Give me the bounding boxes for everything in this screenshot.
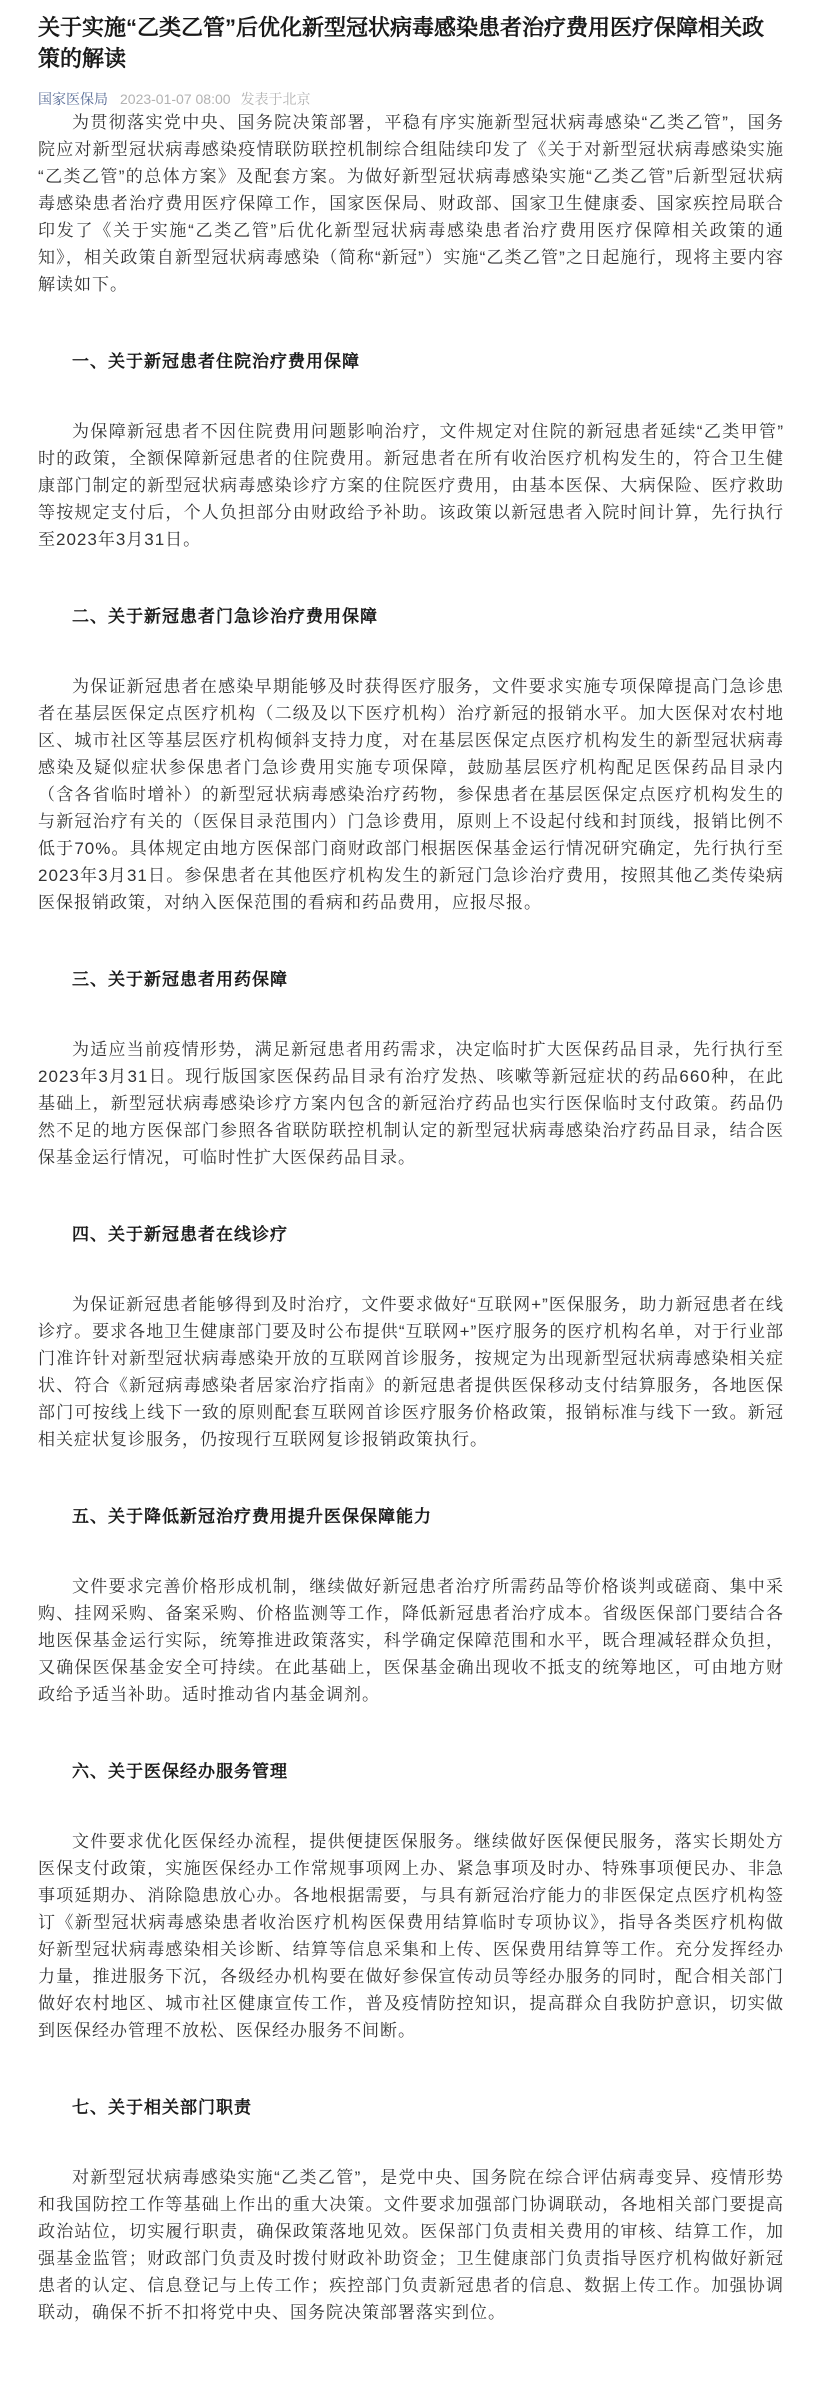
intro-paragraph: 为贯彻落实党中央、国务院决策部署，平稳有序实施新型冠状病毒感染“乙类乙管”，国务…	[38, 109, 784, 298]
article-section: 五、关于降低新冠治疗费用提升医保保障能力 文件要求完善价格形成机制，继续做好新冠…	[38, 1503, 784, 1708]
section-heading: 四、关于新冠患者在线诊疗	[38, 1221, 784, 1248]
article-section: 六、关于医保经办服务管理 文件要求优化医保经办流程，提供便捷医保服务。继续做好医…	[38, 1758, 784, 2044]
byline: 国家医保局2023-01-07 08:00发表于北京	[38, 89, 784, 109]
account-link[interactable]: 国家医保局	[38, 91, 108, 107]
article-section: 三、关于新冠患者用药保障 为适应当前疫情形势，满足新冠患者用药需求，决定临时扩大…	[38, 966, 784, 1171]
section-body: 文件要求完善价格形成机制，继续做好新冠患者治疗所需药品等价格谈判或磋商、集中采购…	[38, 1573, 784, 1708]
article-section: 四、关于新冠患者在线诊疗 为保证新冠患者能够得到及时治疗，文件要求做好“互联网+…	[38, 1221, 784, 1453]
section-heading: 七、关于相关部门职责	[38, 2094, 784, 2121]
article-section: 二、关于新冠患者门急诊治疗费用保障 为保证新冠患者在感染早期能够及时获得医疗服务…	[38, 603, 784, 916]
article-section: 一、关于新冠患者住院治疗费用保障 为保障新冠患者不因住院费用问题影响治疗，文件规…	[38, 348, 784, 553]
article: 关于实施“乙类乙管”后优化新型冠状病毒感染患者治疗费用医疗保障相关政策的解读 国…	[0, 0, 822, 2382]
article-section: 七、关于相关部门职责 对新型冠状病毒感染实施“乙类乙管”，是党中央、国务院在综合…	[38, 2094, 784, 2326]
publish-time: 2023-01-07 08:00	[120, 91, 231, 107]
section-heading: 二、关于新冠患者门急诊治疗费用保障	[38, 603, 784, 630]
section-heading: 一、关于新冠患者住院治疗费用保障	[38, 348, 784, 375]
page: { "article": { "title": "关于实施“乙类乙管”后优化新型…	[0, 0, 822, 2382]
section-heading: 五、关于降低新冠治疗费用提升医保保障能力	[38, 1503, 784, 1530]
section-body: 对新型冠状病毒感染实施“乙类乙管”，是党中央、国务院在综合评估病毒变异、疫情形势…	[38, 2164, 784, 2326]
section-heading: 三、关于新冠患者用药保障	[38, 966, 784, 993]
section-heading: 六、关于医保经办服务管理	[38, 1758, 784, 1785]
page-title: 关于实施“乙类乙管”后优化新型冠状病毒感染患者治疗费用医疗保障相关政策的解读	[38, 12, 784, 74]
section-body: 文件要求优化医保经办流程，提供便捷医保服务。继续做好医保便民服务，落实长期处方医…	[38, 1828, 784, 2044]
section-body: 为保障新冠患者不因住院费用问题影响治疗，文件规定对住院的新冠患者延续“乙类甲管”…	[38, 418, 784, 553]
sections-container: 一、关于新冠患者住院治疗费用保障 为保障新冠患者不因住院费用问题影响治疗，文件规…	[38, 348, 784, 2326]
section-body: 为保证新冠患者能够得到及时治疗，文件要求做好“互联网+”医保服务，助力新冠患者在…	[38, 1291, 784, 1453]
publish-location: 发表于北京	[241, 91, 311, 107]
section-body: 为适应当前疫情形势，满足新冠患者用药需求，决定临时扩大医保药品目录，先行执行至2…	[38, 1036, 784, 1171]
section-body: 为保证新冠患者在感染早期能够及时获得医疗服务，文件要求实施专项保障提高门急诊患者…	[38, 673, 784, 916]
